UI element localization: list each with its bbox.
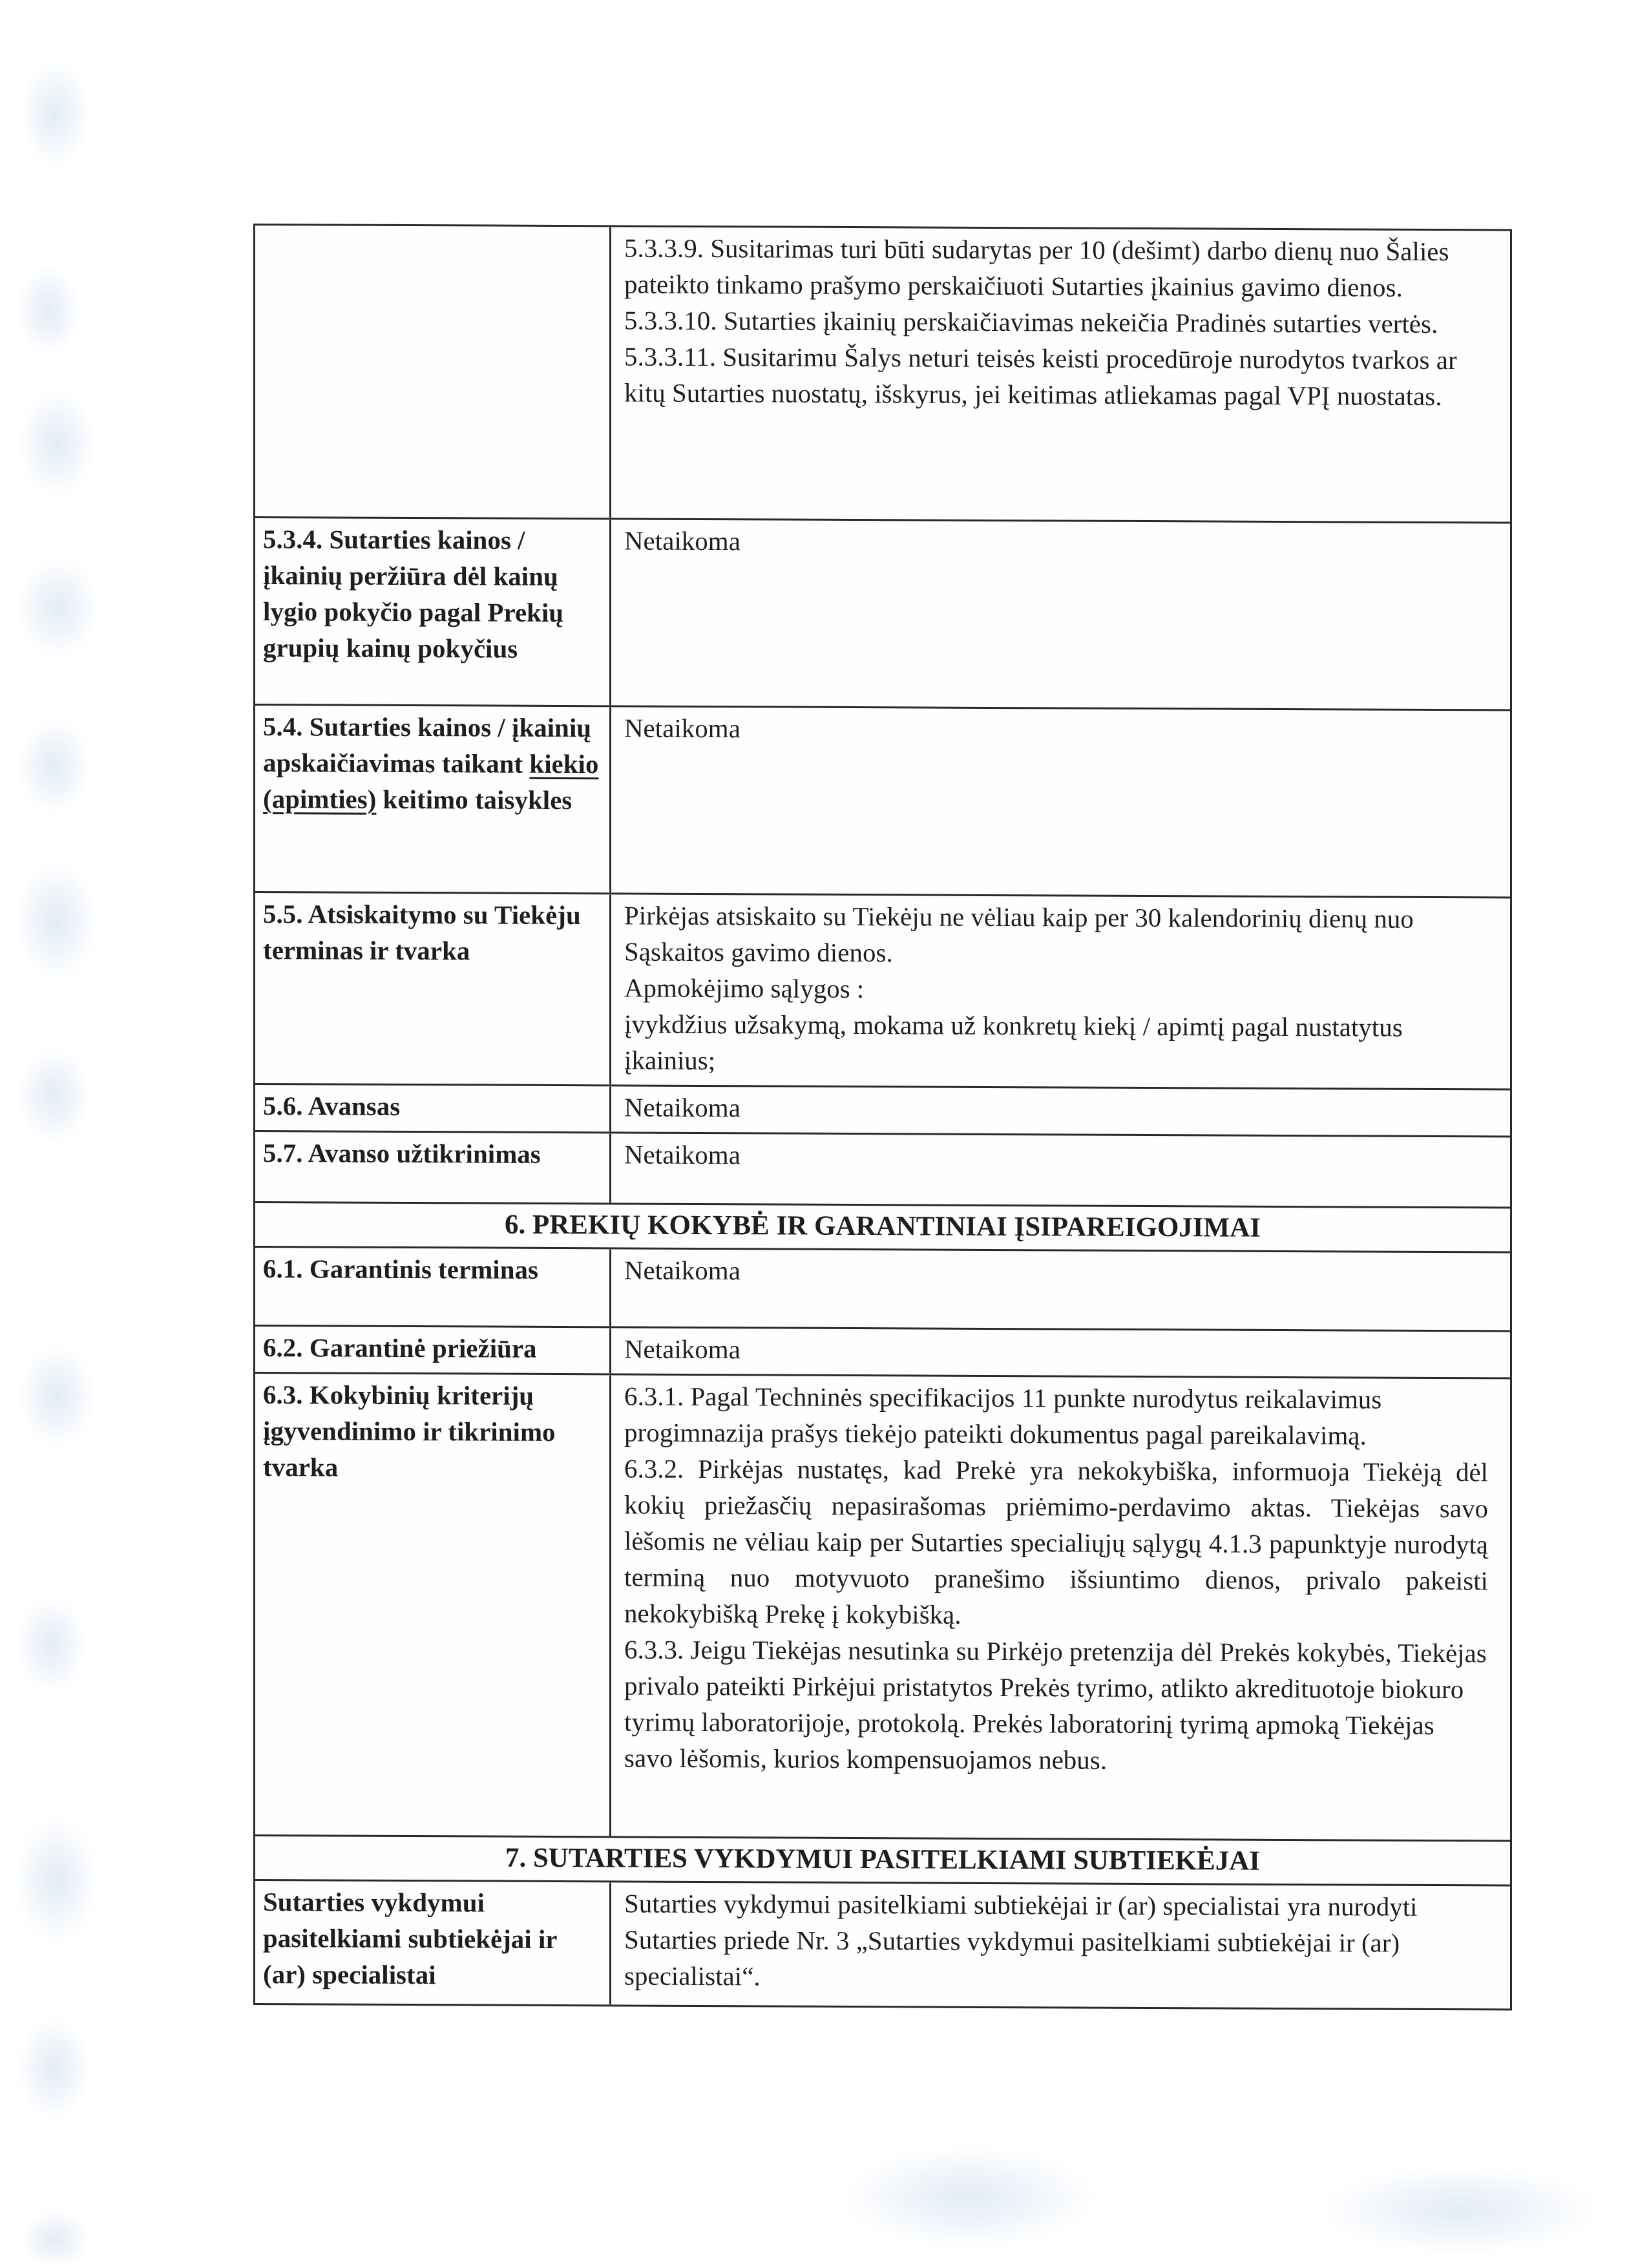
table-row-5-6: 5.6. Avansas Netaikoma — [255, 1083, 1510, 1135]
row-content-cell: Pirkėjas atsiskaito su Tiekėju ne vėliau… — [611, 894, 1510, 1088]
row-value: Netaikoma — [624, 1137, 1488, 1177]
row-label: Sutarties vykdymui pasitelkiami subtiekė… — [263, 1887, 557, 1990]
payment-term-text: Pirkėjas atsiskaito su Tiekėju ne vėliau… — [624, 898, 1488, 974]
table-row-5-7: 5.7. Avanso užtikrinimas Netaikoma — [255, 1130, 1510, 1206]
row-content-cell: Netaikoma — [611, 707, 1510, 896]
clause-6-3-1: 6.3.1. Pagal Techninės specifikacijos 11… — [624, 1378, 1488, 1454]
subcontractors-text: Sutarties vykdymui pasitelkiami subtiekė… — [624, 1885, 1488, 1998]
scan-smudge — [840, 2145, 1098, 2249]
clause-5-3-3-9: 5.3.3.9. Susitarimas turi būti sudarytas… — [624, 230, 1488, 306]
row-label-cell-empty — [255, 226, 611, 518]
scan-smudge — [17, 717, 91, 814]
scan-smudge — [17, 2016, 91, 2119]
clause-6-3-3: 6.3.3. Jeigu Tiekėjas nesutinka su Pirkė… — [624, 1632, 1488, 1780]
table-row-5-4: 5.4. Sutarties kainos / įkainių apskaiči… — [255, 704, 1510, 896]
row-label: 6.1. Garantinis terminas — [263, 1254, 538, 1285]
scan-smudge — [14, 859, 98, 982]
section-title: 6. PREKIŲ KOKYBĖ IR GARANTINIAI ĮSIPAREI… — [255, 1203, 1510, 1251]
clause-5-3-3-11: 5.3.3.11. Susitarimu Šalys neturi teisės… — [624, 339, 1488, 415]
row-content-cell: Netaikoma — [611, 520, 1510, 709]
row-label: 5.7. Avanso užtikrinimas — [263, 1138, 541, 1169]
payment-conditions-heading: Apmokėjimo sąlygos : — [624, 970, 1488, 1010]
row-content-cell: Sutarties vykdymui pasitelkiami subtiekė… — [611, 1882, 1510, 2008]
row-label-cell: 5.3.4. Sutarties kainos / įkainių peržiū… — [255, 518, 611, 705]
scan-smudge — [16, 1596, 87, 1693]
table-row-6-3: 6.3. Kokybinių kriterijų įgyvendinimo ir… — [255, 1372, 1510, 1840]
row-content-cell: Netaikoma — [611, 1328, 1510, 1377]
scan-smudge — [17, 1047, 91, 1144]
row-label-cell: 5.6. Avansas — [255, 1085, 611, 1131]
scanned-document-page: { "document": { "kind": "scanned contrac… — [0, 0, 1649, 2268]
row-label-cell: 5.7. Avanso užtikrinimas — [255, 1132, 611, 1202]
row-label: 5.6. Avansas — [263, 1091, 400, 1121]
row-content-cell: 5.3.3.9. Susitarimas turi būti sudarytas… — [611, 227, 1510, 521]
section-title: 7. SUTARTIES VYKDYMUI PASITELKIAMI SUBTI… — [255, 1836, 1510, 1884]
table-row-5-5: 5.5. Atsiskaitymo su Tiekėju terminas ir… — [255, 891, 1510, 1088]
scan-smudge — [14, 1816, 98, 1945]
table-row-subcontractors: Sutarties vykdymui pasitelkiami subtiekė… — [255, 1879, 1510, 2008]
scan-smudge — [1318, 2165, 1602, 2255]
row-value: Netaikoma — [624, 1252, 1488, 1292]
scan-smudge — [18, 1344, 96, 1447]
scan-smudge — [16, 556, 100, 659]
scan-smudge — [19, 58, 90, 168]
table-row-clause-5-3-3: 5.3.3.9. Susitarimas turi būti sudarytas… — [255, 226, 1510, 521]
row-value: Netaikoma — [624, 710, 1488, 750]
row-label-cell: 6.2. Garantinė priežiūra — [255, 1327, 611, 1373]
row-content-cell: Netaikoma — [611, 1133, 1510, 1206]
table-row-6-1: 6.1. Garantinis terminas Netaikoma — [255, 1246, 1510, 1330]
row-label-cell: Sutarties vykdymui pasitelkiami subtiekė… — [255, 1881, 611, 2004]
scan-smudge — [18, 388, 96, 498]
row-value: Netaikoma — [624, 523, 1488, 563]
table-section-header-7: 7. SUTARTIES VYKDYMUI PASITELKIAMI SUBTI… — [255, 1834, 1510, 1884]
row-content-cell: Netaikoma — [611, 1086, 1510, 1135]
clause-5-3-3-10: 5.3.3.10. Sutarties įkainių perskaičiavi… — [624, 302, 1488, 342]
row-label-cell: 5.5. Atsiskaitymo su Tiekėju terminas ir… — [255, 893, 611, 1084]
table-row-5-3-4: 5.3.4. Sutarties kainos / įkainių peržiū… — [255, 516, 1510, 709]
row-label: 6.3. Kokybinių kriterijų įgyvendinimo ir… — [263, 1380, 556, 1482]
row-label-cell: 6.3. Kokybinių kriterijų įgyvendinimo ir… — [255, 1374, 611, 1836]
row-label: 5.5. Atsiskaitymo su Tiekėju terminas ir… — [263, 899, 581, 965]
table-row-6-2: 6.2. Garantinė priežiūra Netaikoma — [255, 1325, 1510, 1377]
row-label: 6.2. Garantinė priežiūra — [263, 1332, 537, 1363]
row-label-cell: 5.4. Sutarties kainos / įkainių apskaiči… — [255, 706, 611, 892]
contract-terms-table: 5.3.3.9. Susitarimas turi būti sudarytas… — [253, 224, 1512, 2010]
row-value: Netaikoma — [624, 1089, 1488, 1129]
payment-conditions-text: įvykdžius užsakymą, mokama už konkretų k… — [624, 1006, 1488, 1082]
row-value: Netaikoma — [624, 1331, 1488, 1371]
scan-smudge — [16, 265, 81, 355]
row-label-underlined: (apimties) — [263, 784, 376, 814]
row-label-part: keitimo taisykles — [376, 784, 572, 815]
row-content-cell: Netaikoma — [611, 1249, 1510, 1330]
row-label-cell: 6.1. Garantinis terminas — [255, 1248, 611, 1326]
scan-smudge — [19, 2210, 90, 2268]
row-label: 5.3.4. Sutarties kainos / įkainių peržiū… — [263, 524, 563, 664]
row-content-cell: 6.3.1. Pagal Techninės specifikacijos 11… — [611, 1375, 1510, 1840]
clause-6-3-2: 6.3.2. Pirkėjas nustatęs, kad Prekė yra … — [624, 1451, 1488, 1635]
row-label-underlined: kiekio — [529, 749, 598, 779]
table-section-header-6: 6. PREKIŲ KOKYBĖ IR GARANTINIAI ĮSIPAREI… — [255, 1201, 1510, 1251]
